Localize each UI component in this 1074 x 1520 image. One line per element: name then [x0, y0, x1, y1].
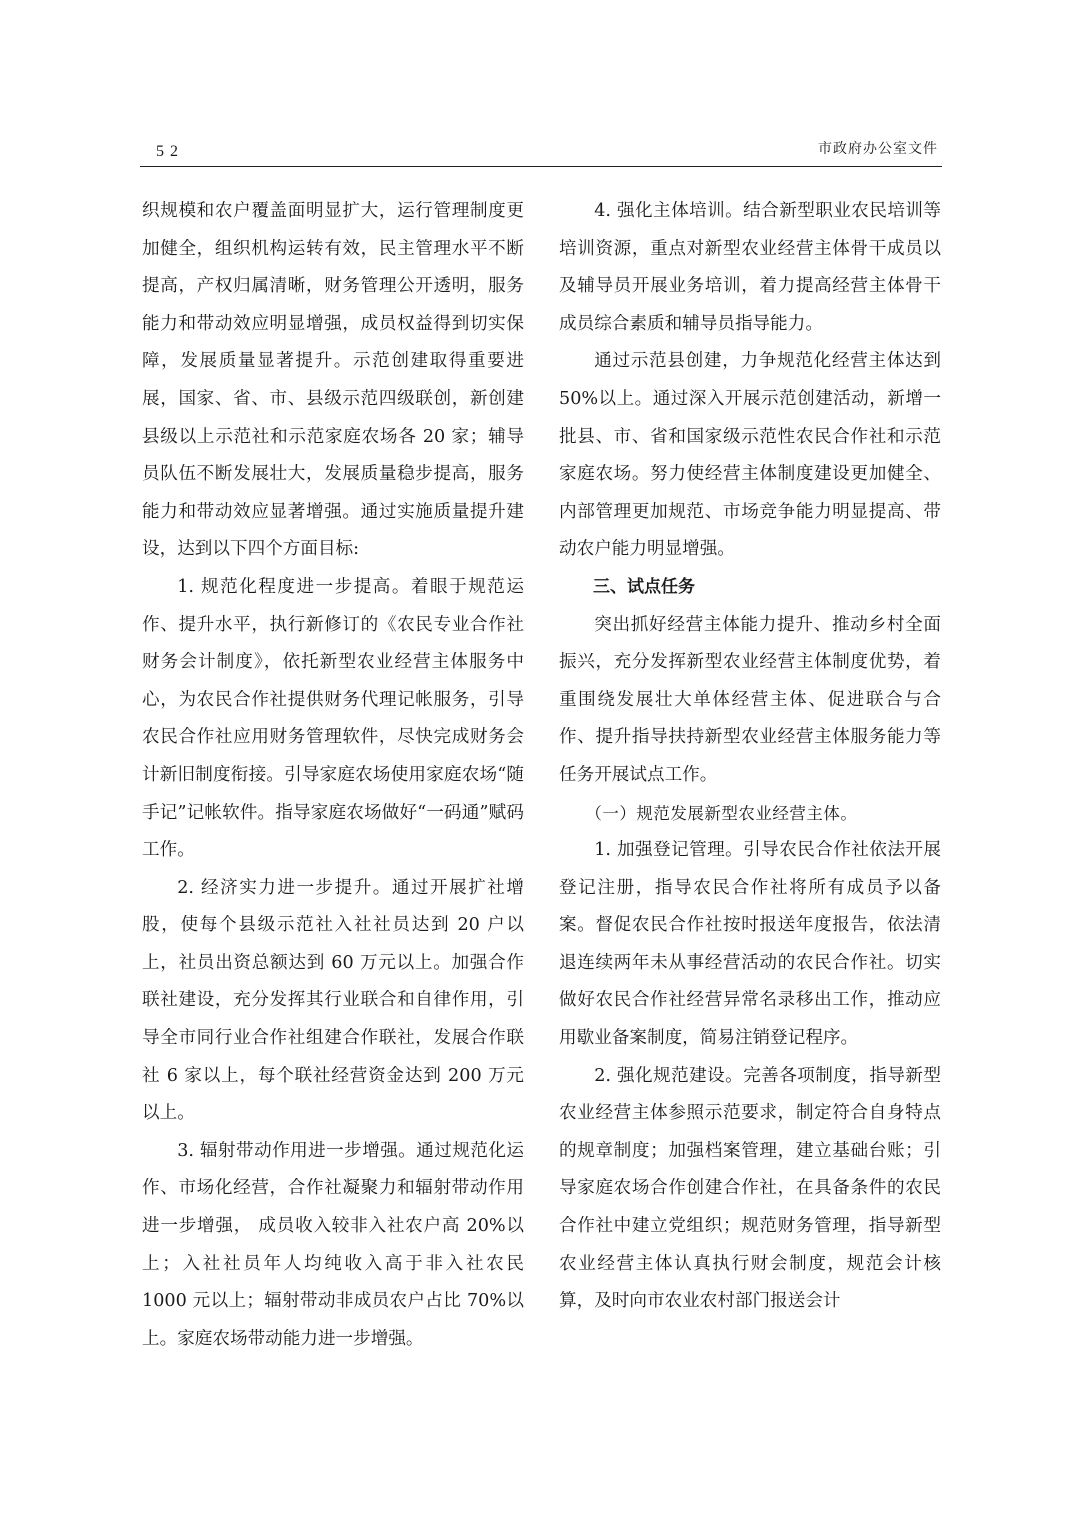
left-column: 织规模和农户覆盖面明显扩大，运行管理制度更加健全，组织机构运转有效，民主管理水平… [142, 193, 524, 1358]
running-title: 市政府办公室文件 [818, 138, 938, 158]
right-column: 4. 强化主体培训。结合新型职业农民培训等培训资源，重点对新型农业经营主体骨干成… [559, 193, 941, 1321]
paragraph-summary: 通过示范县创建，力争规范化经营主体达到 50%以上。通过深入开展示范创建活动，新… [559, 343, 941, 569]
paragraph-goal-1: 1. 规范化程度进一步提高。着眼于规范运作、提升水平，执行新修订的《农民专业合作… [142, 569, 524, 870]
task-item-2: 2. 强化规范建设。完善各项制度，指导新型农业经营主体参照示范要求，制定符合自身… [559, 1058, 941, 1321]
task-item-1: 1. 加强登记管理。引导农民合作社依法开展登记注册，指导农民合作社将所有成员予以… [559, 832, 941, 1058]
sub-heading: （一）规范发展新型农业经营主体。 [559, 795, 941, 833]
section-intro: 突出抓好经营主体能力提升、推动乡村全面振兴，充分发挥新型农业经营主体制度优势，着… [559, 607, 941, 795]
paragraph-goal-4: 4. 强化主体培训。结合新型职业农民培训等培训资源，重点对新型农业经营主体骨干成… [559, 193, 941, 343]
section-heading: 三、试点任务 [559, 569, 941, 607]
page-header: 52 市政府办公室文件 [140, 138, 942, 167]
page-number: 52 [156, 143, 184, 161]
paragraph-goal-2: 2. 经济实力进一步提升。通过开展扩社增股，使每个县级示范社入社社员达到 20 … [142, 870, 524, 1133]
paragraph-continuation: 织规模和农户覆盖面明显扩大，运行管理制度更加健全，组织机构运转有效，民主管理水平… [142, 193, 524, 569]
paragraph-goal-3: 3. 辐射带动作用进一步增强。通过规范化运作、市场化经营，合作社凝聚力和辐射带动… [142, 1133, 524, 1359]
